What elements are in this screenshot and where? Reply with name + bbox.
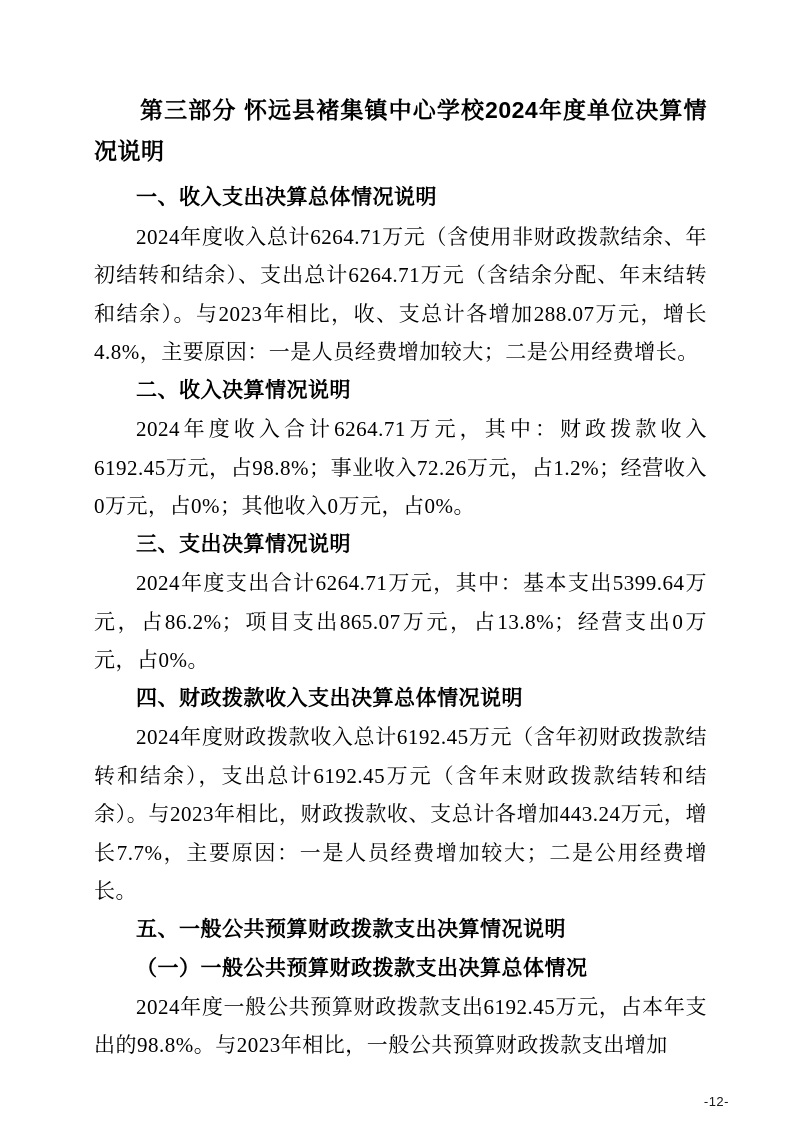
section-4-heading: 四、财政拨款收入支出决算总体情况说明 bbox=[94, 680, 707, 719]
section-5-subheading: （一）一般公共预算财政拨款支出决算总体情况 bbox=[94, 949, 707, 988]
section-5-heading: 五、一般公共预算财政拨款支出决算情况说明 bbox=[94, 911, 707, 950]
section-1-paragraph: 2024年度收入总计6264.71万元（含使用非财政拨款结余、年初结转和结余）、… bbox=[94, 218, 707, 372]
page-number: -12- bbox=[704, 1094, 729, 1109]
section-3-heading: 三、支出决算情况说明 bbox=[94, 526, 707, 565]
section-4-paragraph: 2024年度财政拨款收入总计6192.45万元（含年初财政拨款结转和结余），支出… bbox=[94, 718, 707, 911]
section-1-heading: 一、收入支出决算总体情况说明 bbox=[94, 179, 707, 218]
section-3-paragraph: 2024年度支出合计6264.71万元，其中：基本支出5399.64万元，占86… bbox=[94, 564, 707, 680]
document-page: 第三部分 怀远县褚集镇中心学校2024年度单位决算情况说明 一、收入支出决算总体… bbox=[0, 0, 793, 1122]
section-2-paragraph: 2024年度收入合计6264.71万元，其中：财政拨款收入6192.45万元，占… bbox=[94, 410, 707, 526]
document-body: 一、收入支出决算总体情况说明 2024年度收入总计6264.71万元（含使用非财… bbox=[94, 179, 707, 1065]
section-general-public-budget-expenditure: 五、一般公共预算财政拨款支出决算情况说明 （一）一般公共预算财政拨款支出决算总体… bbox=[94, 911, 707, 1065]
section-income-expenditure-overview: 一、收入支出决算总体情况说明 2024年度收入总计6264.71万元（含使用非财… bbox=[94, 179, 707, 372]
section-expenditure-details: 三、支出决算情况说明 2024年度支出合计6264.71万元，其中：基本支出53… bbox=[94, 526, 707, 680]
document-title: 第三部分 怀远县褚集镇中心学校2024年度单位决算情况说明 bbox=[94, 90, 707, 172]
section-2-heading: 二、收入决算情况说明 bbox=[94, 372, 707, 411]
section-5-paragraph: 2024年度一般公共预算财政拨款支出6192.45万元，占本年支出的98.8%。… bbox=[94, 988, 707, 1065]
section-fiscal-appropriation-overview: 四、财政拨款收入支出决算总体情况说明 2024年度财政拨款收入总计6192.45… bbox=[94, 680, 707, 911]
section-income-details: 二、收入决算情况说明 2024年度收入合计6264.71万元，其中：财政拨款收入… bbox=[94, 372, 707, 526]
